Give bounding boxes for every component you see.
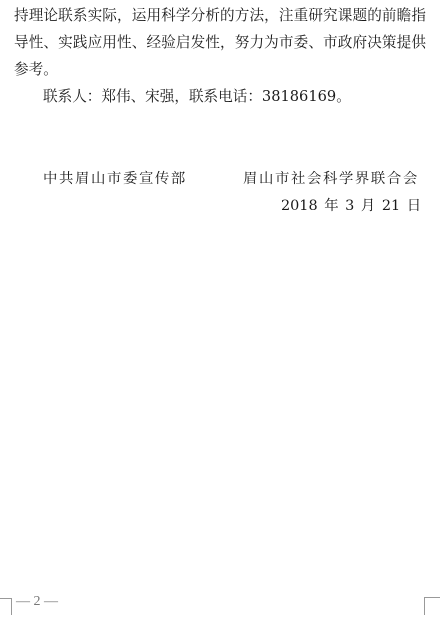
- signature-left: 中共眉山市委宣传部: [43, 169, 187, 189]
- paragraph-line: 持理论联系实际，运用科学分析的方法，注重研究课题的前瞻指: [14, 7, 426, 24]
- body-paragraph: 持理论联系实际，运用科学分析的方法，注重研究课题的前瞻指导性、实践应用性、经验启…: [14, 2, 426, 83]
- signature-right: 眉山市社会科学界联合会: [243, 169, 419, 189]
- crop-mark-left: [0, 598, 12, 615]
- page-number: — 2 —: [16, 594, 58, 610]
- crop-mark-right: [424, 597, 440, 615]
- document-date: 2018 年 3 月 21 日: [281, 196, 421, 216]
- paragraph-line: 参考。: [14, 61, 58, 78]
- contact-info: 联系人：郑伟、宋强，联系电话：38186169。: [43, 83, 351, 110]
- paragraph-line: 导性、实践应用性、经验启发性，努力为市委、市政府决策提供: [14, 34, 426, 51]
